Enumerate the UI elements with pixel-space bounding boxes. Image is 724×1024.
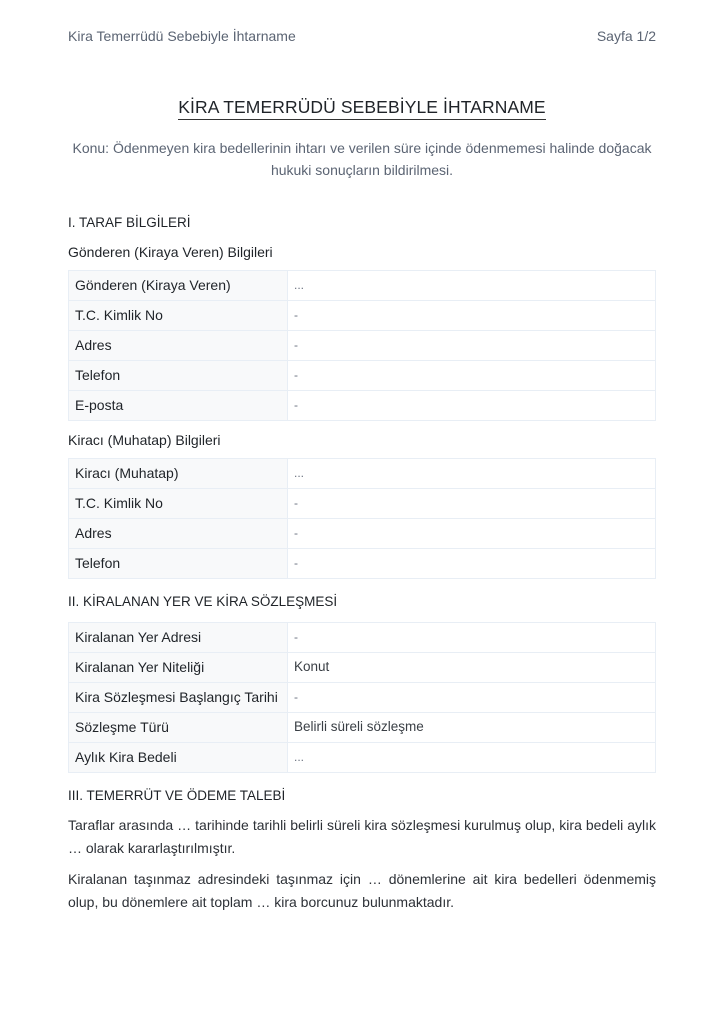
- row-value: -: [288, 623, 656, 653]
- table-row: T.C. Kimlik No-: [69, 301, 656, 331]
- table-row: Kiralanan Yer NiteliğiKonut: [69, 653, 656, 683]
- row-value: -: [288, 549, 656, 579]
- row-label: Telefon: [69, 549, 288, 579]
- row-value: -: [288, 519, 656, 549]
- page-header: Kira Temerrüdü Sebebiyle İhtarname Sayfa…: [68, 28, 656, 44]
- section-heading-default-payment: III. TEMERRÜT VE ÖDEME TALEBİ: [68, 786, 656, 806]
- section-heading-parties: I. TARAF BİLGİLERİ: [68, 213, 656, 233]
- row-value: -: [288, 301, 656, 331]
- row-label: Aylık Kira Bedeli: [69, 743, 288, 773]
- row-value: -: [288, 489, 656, 519]
- row-label: T.C. Kimlik No: [69, 489, 288, 519]
- table-row: Kiralanan Yer Adresi-: [69, 623, 656, 653]
- row-value: ...: [288, 459, 656, 489]
- row-value: -: [288, 361, 656, 391]
- table-row: Telefon-: [69, 549, 656, 579]
- row-label: Kiracı (Muhatap): [69, 459, 288, 489]
- row-value: Belirli süreli sözleşme: [288, 713, 656, 743]
- lease-info-table: Kiralanan Yer Adresi-Kiralanan Yer Nitel…: [68, 622, 656, 773]
- tenant-info-table: Kiracı (Muhatap)...T.C. Kimlik No-Adres-…: [68, 458, 656, 579]
- document-title-wrap: KİRA TEMERRÜDÜ SEBEBİYLE İHTARNAME: [0, 97, 724, 120]
- row-value: ...: [288, 271, 656, 301]
- table-row: Aylık Kira Bedeli...: [69, 743, 656, 773]
- table-row: Sözleşme TürüBelirli süreli sözleşme: [69, 713, 656, 743]
- row-label: Telefon: [69, 361, 288, 391]
- document-body: I. TARAF BİLGİLERİ Gönderen (Kiraya Vere…: [68, 213, 656, 914]
- table-row: Telefon-: [69, 361, 656, 391]
- row-label: Gönderen (Kiraya Veren): [69, 271, 288, 301]
- table-row: Kiracı (Muhatap)...: [69, 459, 656, 489]
- row-label: Kira Sözleşmesi Başlangıç Tarihi: [69, 683, 288, 713]
- row-value: -: [288, 391, 656, 421]
- page-indicator: Sayfa 1/2: [597, 28, 656, 44]
- row-value: -: [288, 331, 656, 361]
- row-value: Konut: [288, 653, 656, 683]
- paragraph-debt: Kiralanan taşınmaz adresindeki taşınmaz …: [68, 868, 656, 914]
- row-label: Kiralanan Yer Adresi: [69, 623, 288, 653]
- row-label: Adres: [69, 519, 288, 549]
- table-row: Adres-: [69, 331, 656, 361]
- table-row: E-posta-: [69, 391, 656, 421]
- document-title: KİRA TEMERRÜDÜ SEBEBİYLE İHTARNAME: [178, 97, 545, 120]
- table-row: Adres-: [69, 519, 656, 549]
- table-row: T.C. Kimlik No-: [69, 489, 656, 519]
- row-value: ...: [288, 743, 656, 773]
- header-document-name: Kira Temerrüdü Sebebiyle İhtarname: [68, 28, 296, 44]
- row-label: Kiralanan Yer Niteliği: [69, 653, 288, 683]
- section-heading-leased-property: II. KİRALANAN YER VE KİRA SÖZLEŞMESİ: [68, 592, 656, 612]
- sender-info-table: Gönderen (Kiraya Veren)...T.C. Kimlik No…: [68, 270, 656, 421]
- row-value: -: [288, 683, 656, 713]
- table-row: Kira Sözleşmesi Başlangıç Tarihi-: [69, 683, 656, 713]
- sender-info-heading: Gönderen (Kiraya Veren) Bilgileri: [68, 241, 656, 263]
- row-label: E-posta: [69, 391, 288, 421]
- row-label: Adres: [69, 331, 288, 361]
- row-label: Sözleşme Türü: [69, 713, 288, 743]
- row-label: T.C. Kimlik No: [69, 301, 288, 331]
- table-row: Gönderen (Kiraya Veren)...: [69, 271, 656, 301]
- tenant-info-heading: Kiracı (Muhatap) Bilgileri: [68, 429, 656, 451]
- document-subject: Konu: Ödenmeyen kira bedellerinin ihtarı…: [68, 137, 656, 181]
- paragraph-contract: Taraflar arasında … tarihinde tarihli be…: [68, 814, 656, 860]
